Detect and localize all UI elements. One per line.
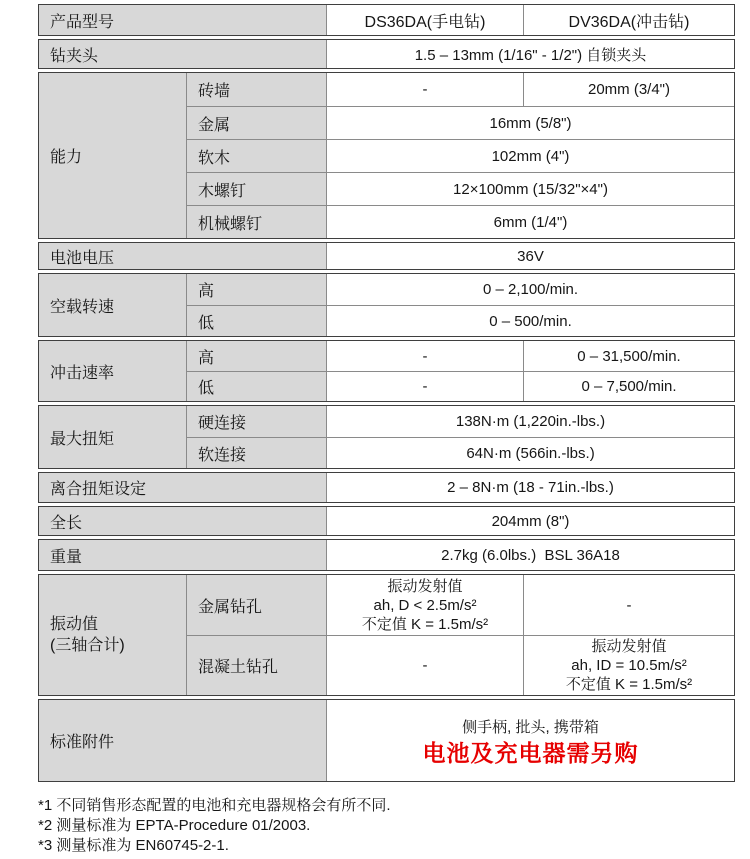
capacity-metal-label: 金属: [186, 106, 326, 139]
no-load-speed-low-label: 低: [186, 305, 326, 336]
capacity-wood-screw-label: 木螺钉: [186, 172, 326, 205]
vibration-concrete-dv-line1: 振动发射值: [591, 637, 666, 656]
vibration-metal-ds-line2: ah, D < 2.5m/s²: [374, 596, 477, 615]
vibration-metal-dv-value: -: [523, 575, 734, 635]
impact-rate-low-label: 低: [186, 371, 326, 401]
capacity-brick-wall-ds-value: -: [326, 73, 523, 106]
section-max-torque: 最大扭矩 硬连接 138N·m (1,220in.-lbs.) 软连接 64N·…: [38, 405, 735, 469]
spec-table: 产品型号 DS36DA(手电钻) DV36DA(冲击钻) 钻夹头 1.5 – 1…: [38, 4, 735, 782]
vibration-label-line2: (三轴合计): [50, 635, 125, 656]
max-torque-hard-label: 硬连接: [186, 406, 326, 437]
vibration-concrete-dv-line3: 不定值 K = 1.5m/s²: [566, 675, 692, 694]
footnote-3: *3 测量标准为 EN60745-2-1.: [38, 836, 750, 856]
capacity-machine-screw-value: 6mm (1/4"): [326, 205, 734, 238]
chuck-value: 1.5 – 13mm (1/16" - 1/2") 自锁夹头: [326, 40, 734, 68]
capacity-softwood-value: 102mm (4"): [326, 139, 734, 172]
section-no-load-speed: 空载转速 高 0 – 2,100/min. 低 0 – 500/min.: [38, 273, 735, 337]
weight-label: 重量: [39, 540, 326, 570]
impact-rate-high-ds-value: -: [326, 341, 523, 371]
section-accessories: 标准附件 侧手柄, 批头, 携带箱 电池及充电器需另购: [38, 699, 735, 782]
battery-voltage-label: 电池电压: [39, 243, 326, 269]
vibration-metal-ds-line3: 不定值 K = 1.5m/s²: [362, 615, 488, 634]
capacity-brick-wall-dv-value: 20mm (3/4"): [523, 73, 734, 106]
section-impact-rate: 冲击速率 高 - 0 – 31,500/min. 低 - 0 – 7,500/m…: [38, 340, 735, 402]
max-torque-soft-value: 64N·m (566in.-lbs.): [326, 437, 734, 468]
accessories-label: 标准附件: [39, 700, 326, 781]
section-weight: 重量 2.7kg (6.0lbs.) BSL 36A18: [38, 539, 735, 571]
vibration-metal-drilling-label: 金属钻孔: [186, 575, 326, 635]
impact-rate-label: 冲击速率: [39, 341, 186, 401]
product-model-ds-value: DS36DA(手电钻): [326, 5, 523, 35]
section-chuck: 钻夹头 1.5 – 13mm (1/16" - 1/2") 自锁夹头: [38, 39, 735, 69]
vibration-concrete-drilling-label: 混凝土钻孔: [186, 635, 326, 695]
product-model-label: 产品型号: [39, 5, 326, 35]
vibration-label-line1: 振动值: [50, 614, 98, 635]
vibration-concrete-ds-value: -: [326, 635, 523, 695]
impact-rate-high-dv-value: 0 – 31,500/min.: [523, 341, 734, 371]
impact-rate-low-dv-value: 0 – 7,500/min.: [523, 371, 734, 401]
no-load-speed-high-value: 0 – 2,100/min.: [326, 274, 734, 305]
capacity-wood-screw-value: 12×100mm (15/32"×4"): [326, 172, 734, 205]
accessories-included-text: 侧手柄, 批头, 携带箱: [462, 718, 599, 737]
overall-length-label: 全长: [39, 507, 326, 535]
capacity-machine-screw-label: 机械螺钉: [186, 205, 326, 238]
capacity-metal-value: 16mm (5/8"): [326, 106, 734, 139]
vibration-metal-ds-value: 振动发射值 ah, D < 2.5m/s² 不定值 K = 1.5m/s²: [326, 575, 523, 635]
capacity-label: 能力: [39, 73, 186, 238]
chuck-label: 钻夹头: [39, 40, 326, 68]
capacity-softwood-label: 软木: [186, 139, 326, 172]
clutch-torque-label: 离合扭矩设定: [39, 473, 326, 502]
section-product-model: 产品型号 DS36DA(手电钻) DV36DA(冲击钻): [38, 4, 735, 36]
max-torque-hard-value: 138N·m (1,220in.-lbs.): [326, 406, 734, 437]
footnotes: *1 不同销售形态配置的电池和充电器规格会有所不同. *2 测量标准为 EPTA…: [38, 796, 750, 856]
no-load-speed-low-value: 0 – 500/min.: [326, 305, 734, 336]
clutch-torque-value: 2 – 8N·m (18 - 71in.-lbs.): [326, 473, 734, 502]
section-capacity: 能力 砖墙 - 20mm (3/4") 金属 16mm (5/8") 软木 10…: [38, 72, 735, 239]
footnote-2: *2 测量标准为 EPTA-Procedure 01/2003.: [38, 816, 750, 836]
weight-value: 2.7kg (6.0lbs.) BSL 36A18: [326, 540, 734, 570]
no-load-speed-high-label: 高: [186, 274, 326, 305]
vibration-concrete-dv-line2: ah, ID = 10.5m/s²: [571, 656, 686, 675]
section-vibration: 振动值 (三轴合计) 金属钻孔 振动发射值 ah, D < 2.5m/s² 不定…: [38, 574, 735, 696]
section-overall-length: 全长 204mm (8"): [38, 506, 735, 536]
footnote-1: *1 不同销售形态配置的电池和充电器规格会有所不同.: [38, 796, 750, 816]
no-load-speed-label: 空载转速: [39, 274, 186, 336]
max-torque-soft-label: 软连接: [186, 437, 326, 468]
impact-rate-low-ds-value: -: [326, 371, 523, 401]
max-torque-label: 最大扭矩: [39, 406, 186, 468]
impact-rate-high-label: 高: [186, 341, 326, 371]
vibration-label: 振动值 (三轴合计): [39, 575, 186, 695]
battery-voltage-value: 36V: [326, 243, 734, 269]
section-battery-voltage: 电池电压 36V: [38, 242, 735, 270]
vibration-metal-ds-line1: 振动发射值: [387, 577, 462, 596]
accessories-value: 侧手柄, 批头, 携带箱 电池及充电器需另购: [326, 700, 734, 781]
section-clutch-torque: 离合扭矩设定 2 – 8N·m (18 - 71in.-lbs.): [38, 472, 735, 503]
accessories-purchase-notice: 电池及充电器需另购: [423, 744, 639, 763]
product-model-dv-value: DV36DA(冲击钻): [523, 5, 734, 35]
overall-length-value: 204mm (8"): [326, 507, 734, 535]
capacity-brick-wall-label: 砖墙: [186, 73, 326, 106]
vibration-concrete-dv-value: 振动发射值 ah, ID = 10.5m/s² 不定值 K = 1.5m/s²: [523, 635, 734, 695]
